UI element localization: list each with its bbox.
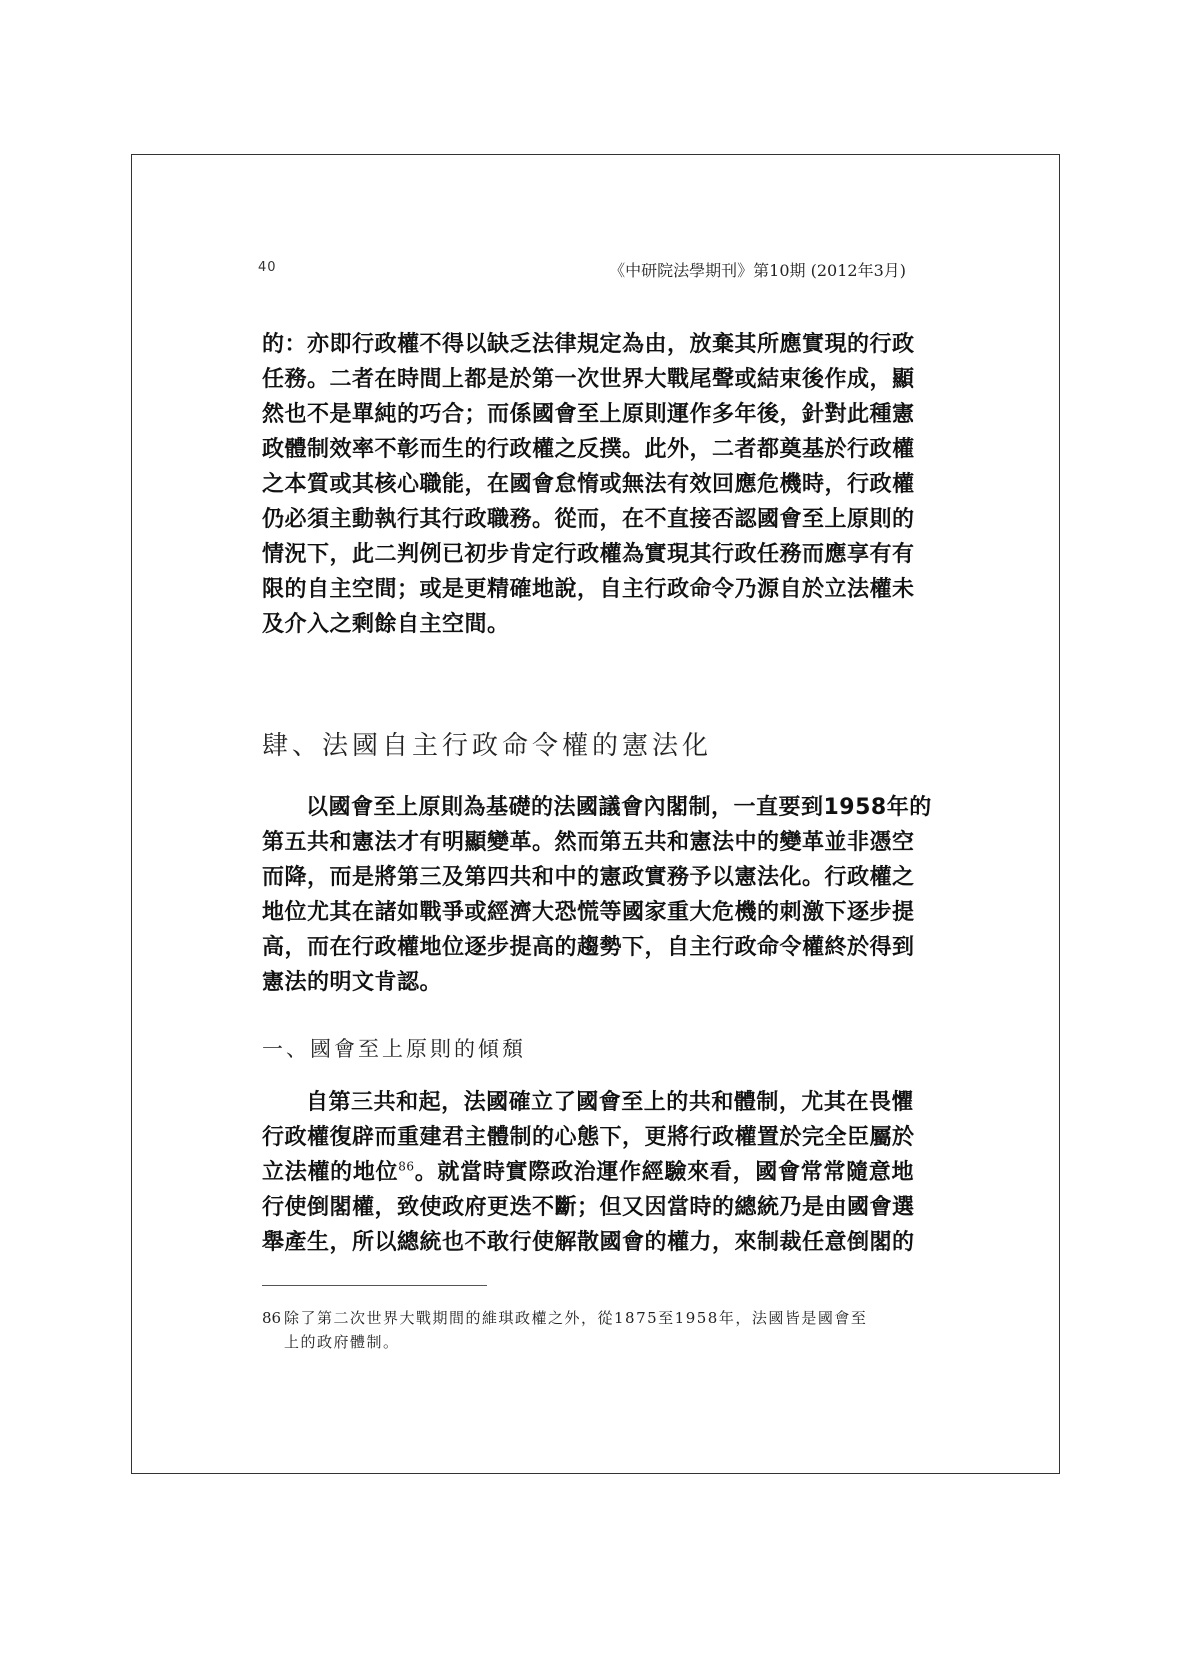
text-line: 政體制效率不彰而生的行政權之反撲。此外，二者都奠基於行政權 [262, 432, 914, 467]
text-line-with-footnote: 立法權的地位86。就當時實際政治運作經驗來看，國會常常隨意地 [262, 1155, 914, 1190]
text-line: 舉產生，所以總統也不敢行使解散國會的權力，來制裁任意倒閣的 [262, 1225, 914, 1260]
section-heading: 肆、法國自主行政命令權的憲法化 [262, 725, 712, 762]
footnote-text-continued: 上的政府體制。 [262, 1330, 914, 1354]
footnote-text: 除了第二次世界大戰期間的維琪政權之外，從1875至1958年，法國皆是國會至 [284, 1309, 867, 1327]
footnote: 86除了第二次世界大戰期間的維琪政權之外，從1875至1958年，法國皆是國會至… [262, 1306, 914, 1354]
text-line: 地位尤其在諸如戰爭或經濟大恐慌等國家重大危機的刺激下逐步提 [262, 895, 914, 930]
footnote-reference[interactable]: 86 [398, 1160, 414, 1174]
text-line: 高，而在行政權地位逐步提高的趨勢下，自主行政命令權終於得到 [262, 930, 914, 965]
text-line: 仍必須主動執行其行政職務。從而，在不直接否認國會至上原則的 [262, 502, 914, 537]
text-line: 任務。二者在時間上都是於第一次世界大戰尾聲或結束後作成，顯 [262, 362, 914, 397]
page-number: 40 [258, 260, 277, 275]
footnote-divider [262, 1285, 487, 1286]
text-segment: 。就當時實際政治運作經驗來看，國會常常隨意地 [415, 1160, 914, 1185]
paragraph-body: 自第三共和起，法國確立了國會至上的共和體制，尤其在畏懼 行政權復辟而重建君主體制… [262, 1085, 914, 1260]
text-line: 行政權復辟而重建君主體制的心態下，更將行政權置於完全臣屬於 [262, 1120, 914, 1155]
paragraph-intro: 以國會至上原則為基礎的法國議會內閣制，一直要到1958年的 第五共和憲法才有明顯… [262, 790, 914, 1000]
text-line: 限的自主空間；或是更精確地說，自主行政命令乃源自於立法權未 [262, 572, 914, 607]
text-line: 自第三共和起，法國確立了國會至上的共和體制，尤其在畏懼 [262, 1085, 914, 1120]
text-line: 憲法的明文肯認。 [262, 965, 914, 1000]
sub-heading: 一、國會至上原則的傾頹 [262, 1033, 526, 1063]
text-line: 然也不是單純的巧合；而係國會至上原則運作多年後，針對此種憲 [262, 397, 914, 432]
text-line: 行使倒閣權，致使政府更迭不斷；但又因當時的總統乃是由國會選 [262, 1190, 914, 1225]
text-line: 情況下，此二判例已初步肯定行政權為實現其行政任務而應享有有 [262, 537, 914, 572]
text-line: 第五共和憲法才有明顯變革。然而第五共和憲法中的變革並非憑空 [262, 825, 914, 860]
paragraph-continuation: 的：亦即行政權不得以缺乏法律規定為由，放棄其所應實現的行政 任務。二者在時間上都… [262, 327, 914, 642]
running-head: 《中研院法學期刊》第10期 (2012年3月) [609, 258, 906, 281]
text-line: 之本質或其核心職能，在國會怠惰或無法有效回應危機時，行政權 [262, 467, 914, 502]
text-line: 及介入之剩餘自主空間。 [262, 607, 914, 642]
text-line: 以國會至上原則為基礎的法國議會內閣制，一直要到1958年的 [262, 790, 914, 825]
footnote-number: 86 [262, 1306, 284, 1330]
text-segment: 立法權的地位 [262, 1160, 398, 1185]
text-line: 的：亦即行政權不得以缺乏法律規定為由，放棄其所應實現的行政 [262, 327, 914, 362]
text-line: 而降，而是將第三及第四共和中的憲政實務予以憲法化。行政權之 [262, 860, 914, 895]
